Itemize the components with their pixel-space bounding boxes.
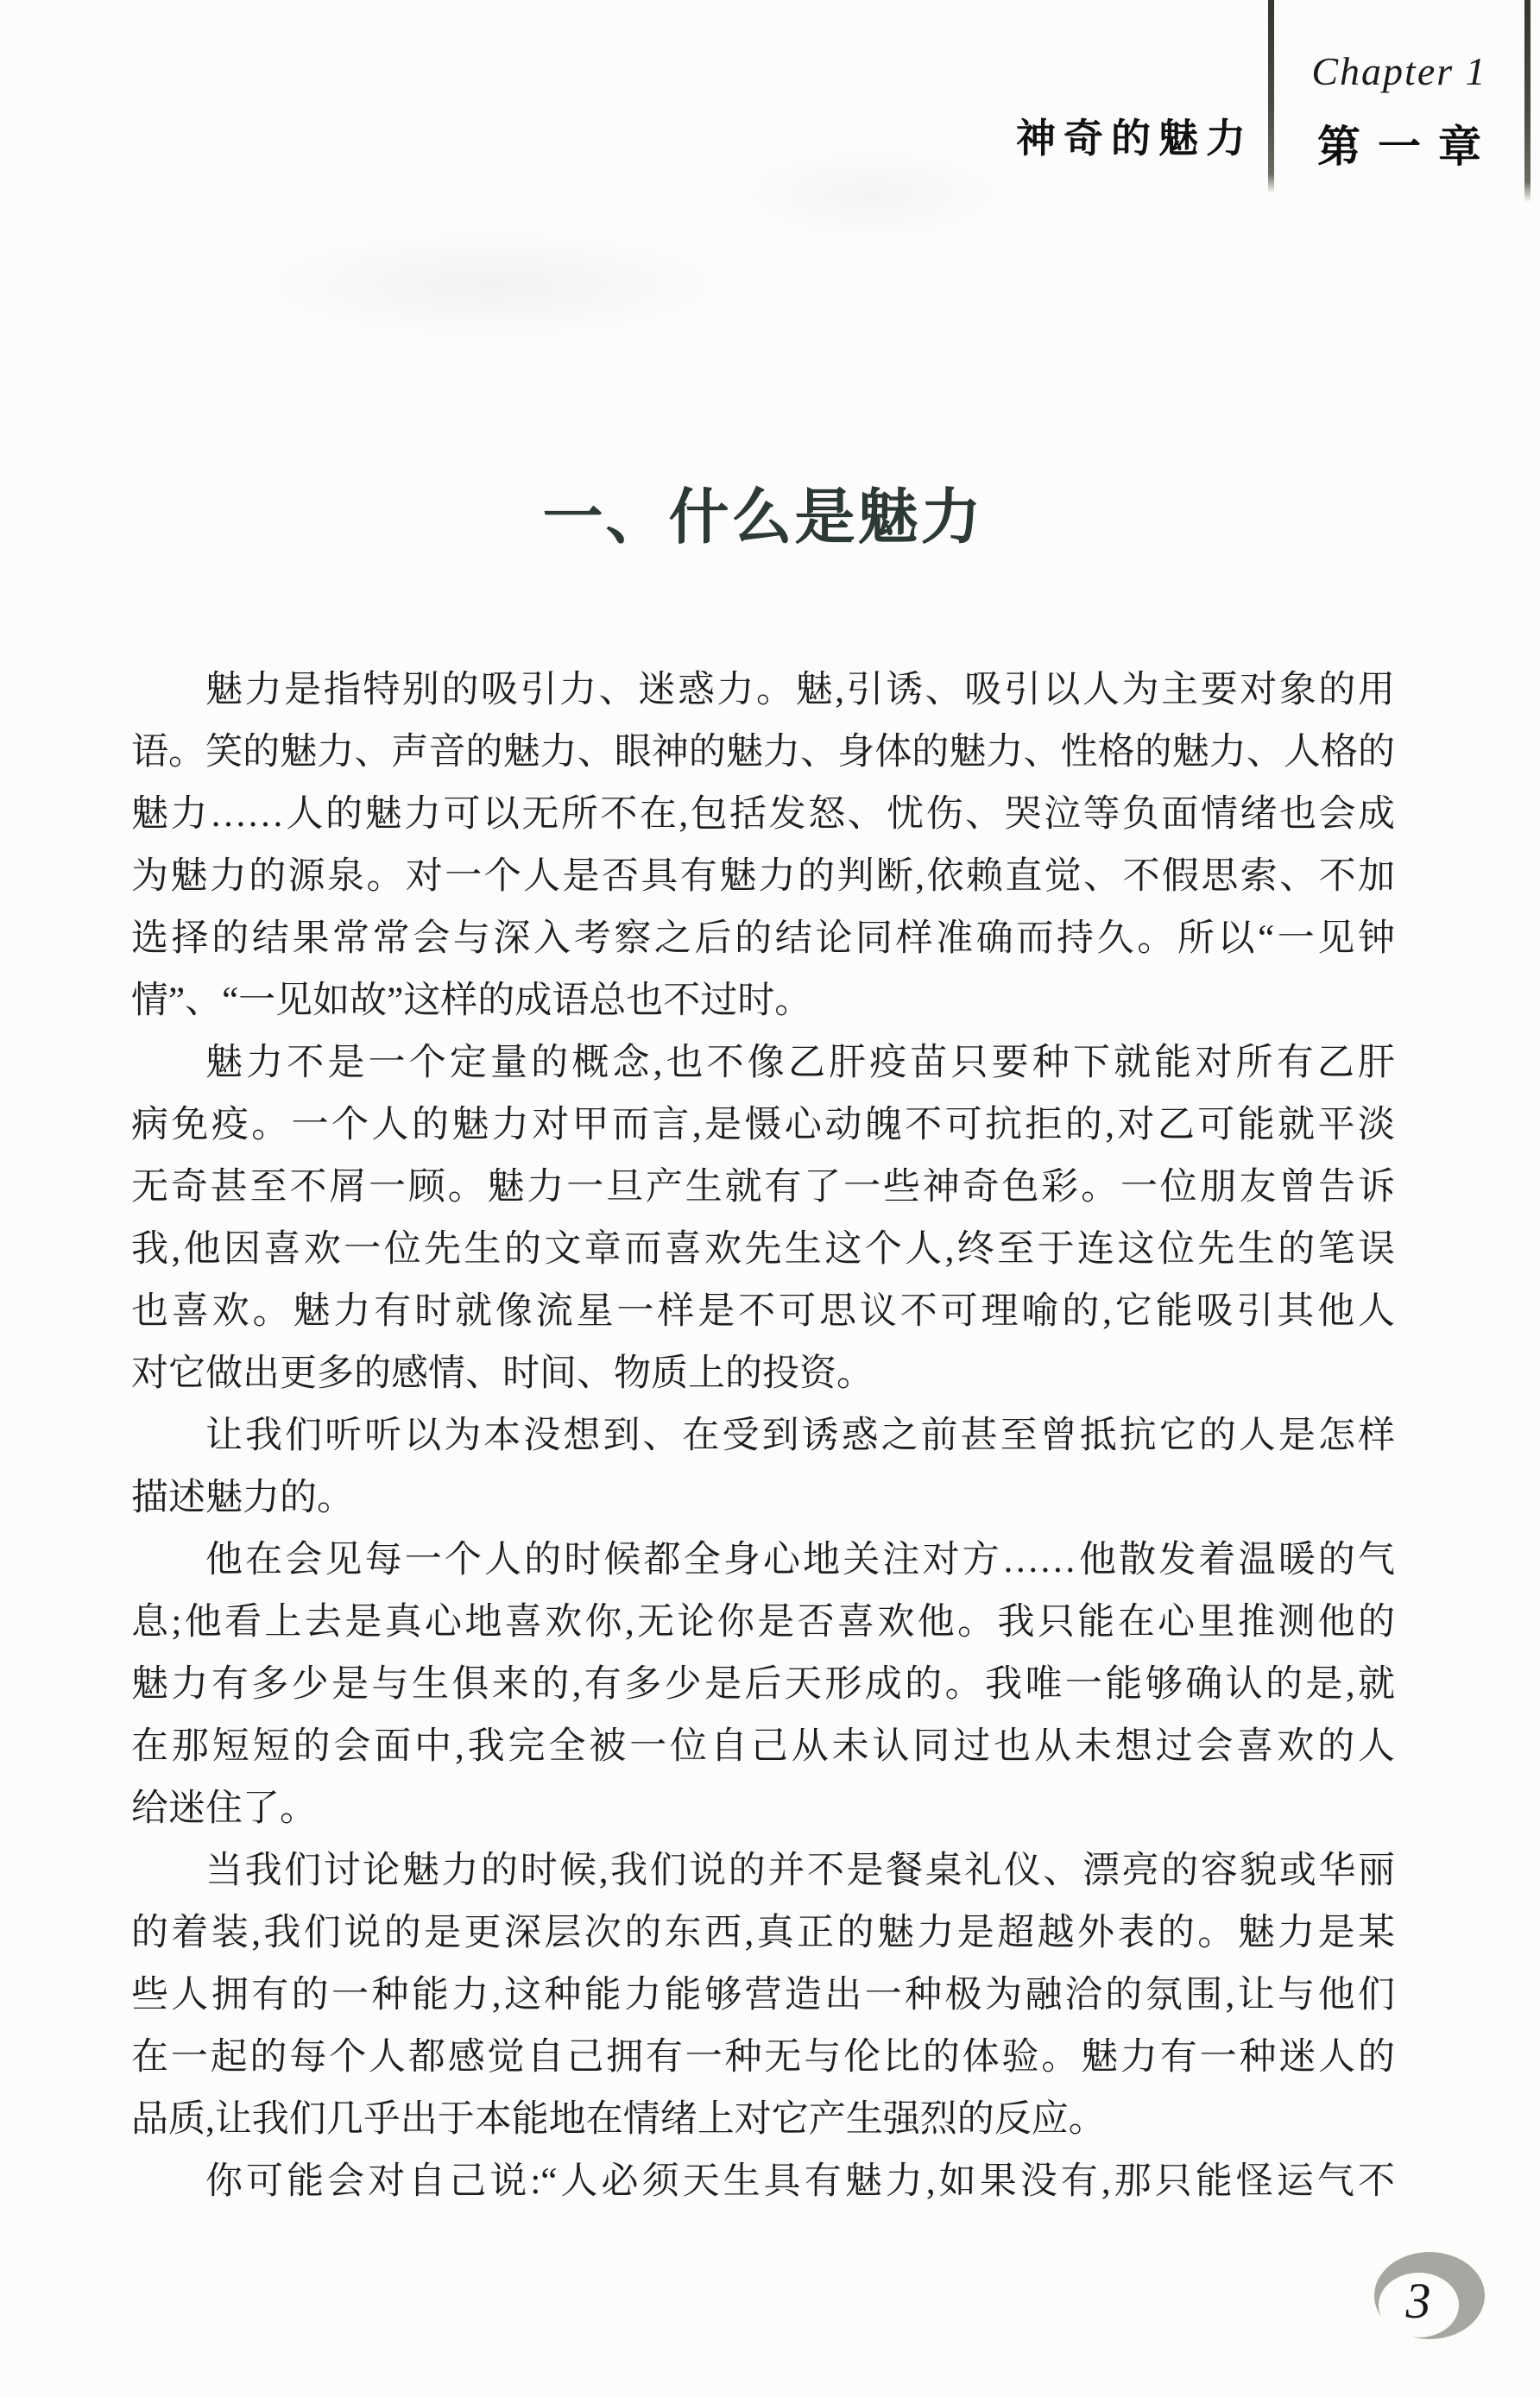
body-line: 些人拥有的一种能力,这种能力能够营造出一种极为融洽的氛围,让与他们 bbox=[131, 1965, 1395, 2027]
scan-smudge bbox=[734, 147, 1010, 242]
body-line: 的着装,我们说的是更深层次的东西,真正的魅力是超越外表的。魅力是某 bbox=[131, 1902, 1395, 1965]
body-line: 我,他因喜欢一位先生的文章而喜欢先生这个人,终至于连这位先生的笔误 bbox=[131, 1219, 1395, 1281]
body-line: 让我们听听以为本没想到、在受到诱惑之前甚至曾抵抗它的人是怎样 bbox=[131, 1405, 1395, 1467]
body-line: 魅力是指特别的吸引力、迷惑力。魅,引诱、吸引以人为主要对象的用 bbox=[131, 659, 1395, 722]
body-line: 描述魅力的。 bbox=[131, 1467, 1395, 1530]
body-line: 无奇甚至不屑一顾。魅力一旦产生就有了一些神奇色彩。一位朋友曾告诉 bbox=[131, 1157, 1395, 1219]
header-divider-line bbox=[1268, 0, 1274, 193]
running-title: 神奇的魅力 bbox=[1016, 107, 1253, 164]
body-line: 也喜欢。魅力有时就像流星一样是不可思议不可理喻的,它能吸引其他人 bbox=[131, 1281, 1395, 1343]
body-line: 情”、“一见如故”这样的成语总也不过时。 bbox=[131, 970, 1395, 1032]
body-line: 息;他看上去是真心地喜欢你,无论你是否喜欢他。我只能在心里推测他的 bbox=[131, 1592, 1395, 1654]
body-line: 品质,让我们几乎出于本能地在情绪上对它产生强烈的反应。 bbox=[131, 2089, 1395, 2151]
body-line: 对它做出更多的感情、时间、物质上的投资。 bbox=[131, 1343, 1395, 1405]
body-text: 魅力是指特别的吸引力、迷惑力。魅,引诱、吸引以人为主要对象的用 语。笑的魅力、声… bbox=[131, 659, 1395, 2213]
chapter-label-chinese: 第一章 bbox=[1274, 112, 1524, 174]
book-page: Chapter 1 神奇的魅力 第一章 一、什么是魅力 魅力是指特别的吸引力、迷… bbox=[0, 0, 1540, 2397]
section-title: 一、什么是魅力 bbox=[131, 469, 1395, 556]
chapter-label-english: Chapter 1 bbox=[1274, 48, 1524, 94]
body-line: 在那短短的会面中,我完全被一位自己从未认同过也从未想过会喜欢的人 bbox=[131, 1716, 1395, 1778]
body-line: 在一起的每个人都感觉自己拥有一种无与伦比的体验。魅力有一种迷人的 bbox=[131, 2027, 1395, 2089]
body-line: 你可能会对自己说:“人必须天生具有魅力,如果没有,那只能怪运气不 bbox=[131, 2151, 1395, 2213]
body-line: 魅力……人的魅力可以无所不在,包括发怒、忧伤、哭泣等负面情绪也会成 bbox=[131, 784, 1395, 846]
body-line: 选择的结果常常会与深入考察之后的结论同样准确而持久。所以“一见钟 bbox=[131, 908, 1395, 970]
body-line: 魅力有多少是与生俱来的,有多少是后天形成的。我唯一能够确认的是,就 bbox=[131, 1654, 1395, 1716]
body-line: 他在会见每一个人的时候都全身心地关注对方……他散发着温暖的气 bbox=[131, 1530, 1395, 1592]
body-line: 当我们讨论魅力的时候,我们说的并不是餐桌礼仪、漂亮的容貌或华丽 bbox=[131, 1840, 1395, 1902]
body-line: 给迷住了。 bbox=[131, 1778, 1395, 1840]
scan-smudge bbox=[250, 229, 734, 341]
page-edge-line bbox=[1524, 0, 1531, 202]
body-line: 魅力不是一个定量的概念,也不像乙肝疫苗只要种下就能对所有乙肝 bbox=[131, 1032, 1395, 1094]
body-line: 病免疫。一个人的魅力对甲而言,是慑心动魄不可抗拒的,对乙可能就平淡 bbox=[131, 1094, 1395, 1157]
page-number: 3 bbox=[1388, 2274, 1448, 2329]
body-line: 语。笑的魅力、声音的魅力、眼神的魅力、身体的魅力、性格的魅力、人格的 bbox=[131, 722, 1395, 784]
body-line: 为魅力的源泉。对一个人是否具有魅力的判断,依赖直觉、不假思索、不加 bbox=[131, 846, 1395, 908]
